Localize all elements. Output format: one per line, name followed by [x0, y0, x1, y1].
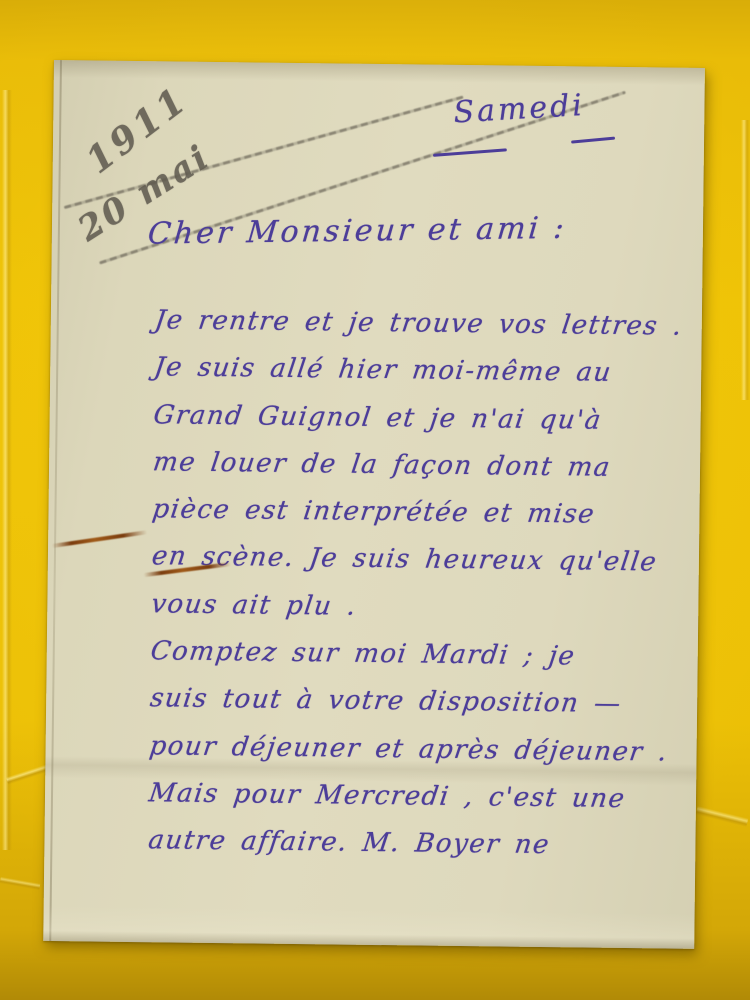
handwriting-line: Grand Guignol et je n'ai qu'à	[150, 392, 686, 446]
background-crease	[741, 120, 750, 400]
handwriting-line: autre affaire. M. Boyer ne	[145, 818, 681, 872]
heading-dash-stroke	[571, 137, 615, 144]
background-crease	[2, 90, 12, 850]
handwriting-line: pièce est interprétée et mise	[149, 486, 685, 540]
handwriting-line: me louer de la façon dont ma	[150, 439, 686, 493]
letter-day-heading: Samedi	[453, 88, 586, 131]
rust-stain	[52, 530, 148, 548]
background-crease	[0, 877, 40, 891]
background-crease	[696, 806, 749, 827]
photo-background: 1911 20 mai Samedi Cher Monsieur et ami …	[0, 0, 750, 1000]
handwriting-line: Je rentre et je trouve vos lettres .	[152, 297, 688, 351]
letter-body: Je rentre et je trouve vos lettres . Je …	[148, 297, 685, 871]
letter-salutation: Cher Monsieur et ami :	[146, 211, 568, 252]
handwriting-line: Comptez sur moi Mardi ; je	[148, 628, 684, 682]
handwriting-line: Je suis allé hier moi-même au	[151, 345, 687, 399]
letter-paper: 1911 20 mai Samedi Cher Monsieur et ami …	[43, 60, 705, 949]
handwriting-line: Mais pour Mercredi , c'est une	[146, 770, 682, 824]
handwriting-line: pour déjeuner et après déjeuner .	[146, 723, 682, 777]
handwriting-line: vous ait plu .	[148, 581, 684, 635]
handwriting-line: suis tout à votre disposition —	[147, 676, 683, 730]
handwriting-line: en scène. Je suis heureux qu'elle	[149, 534, 685, 588]
